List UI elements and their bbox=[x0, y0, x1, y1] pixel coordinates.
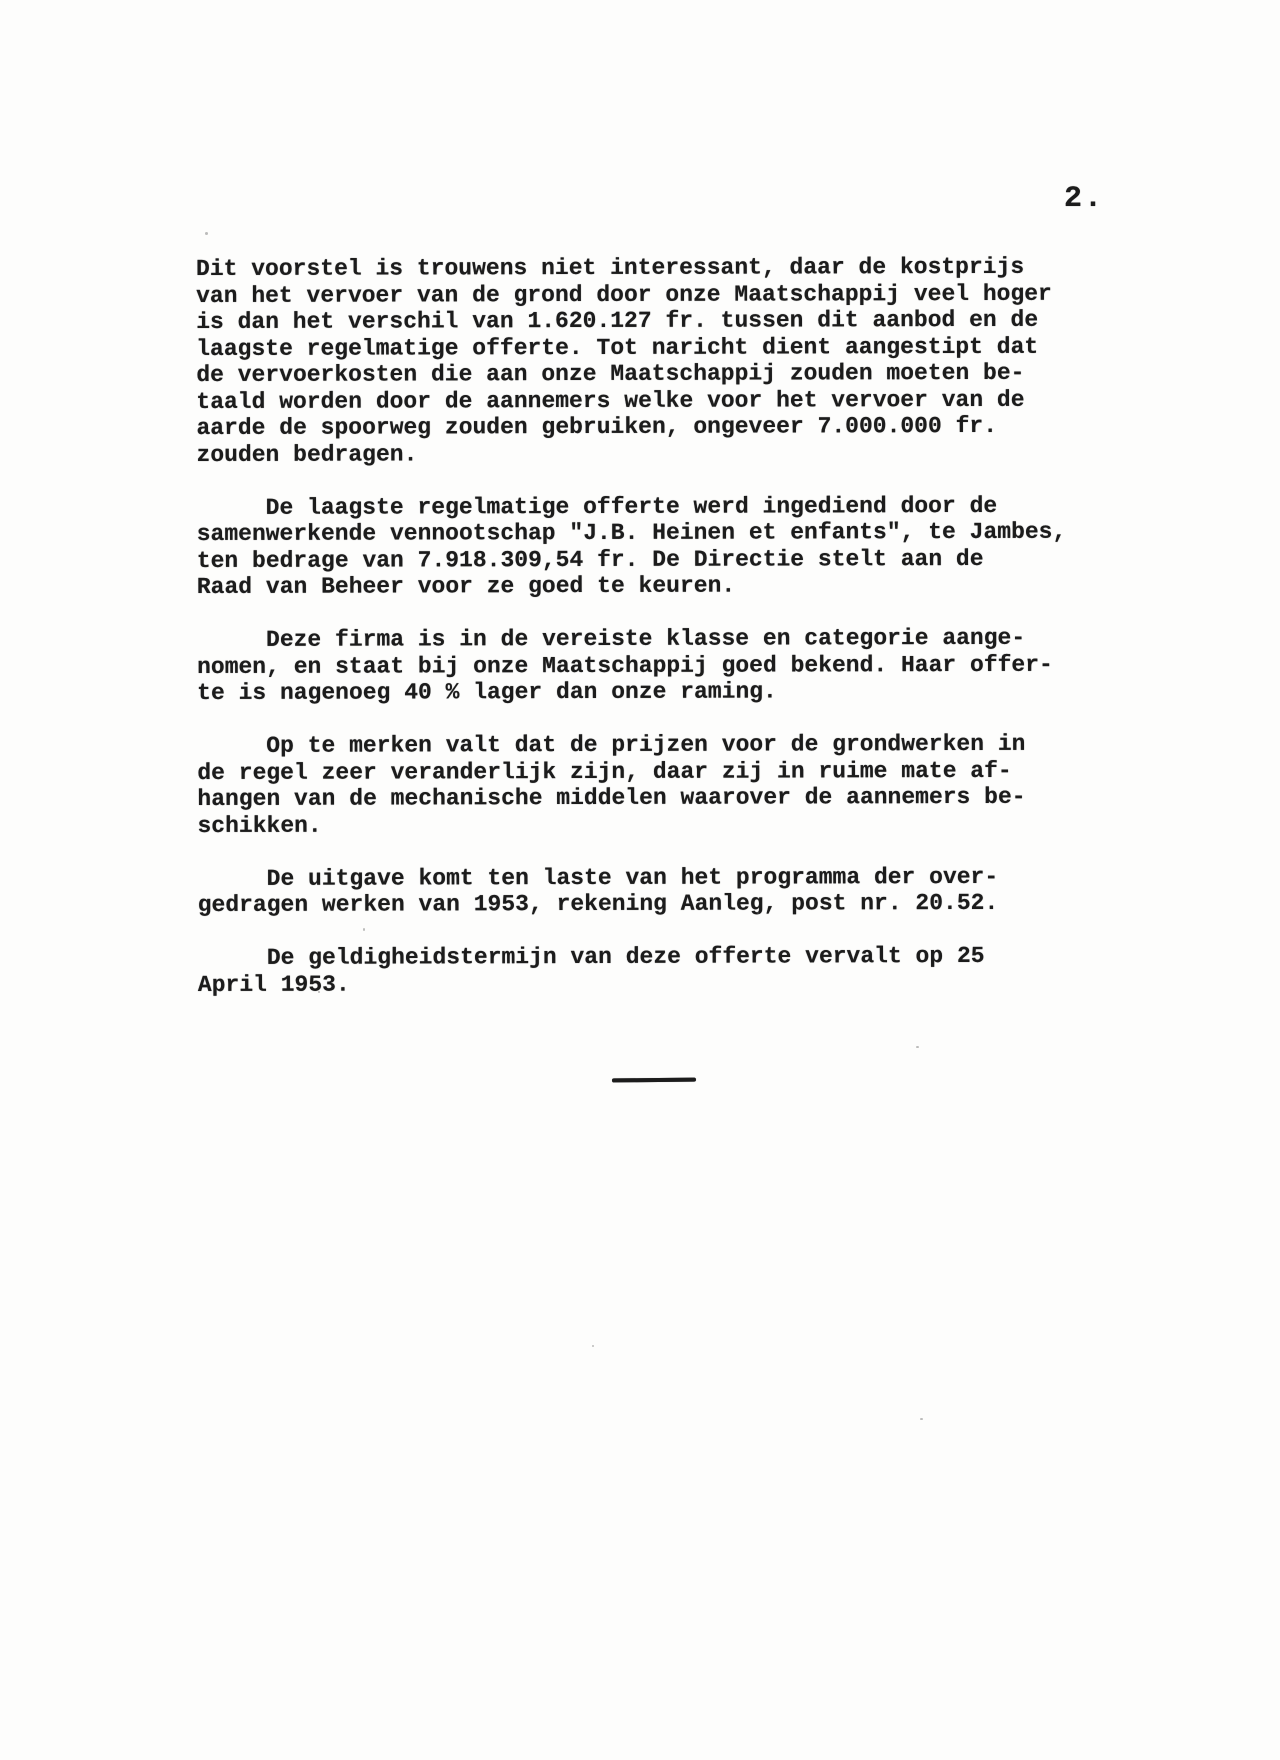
paragraph-2: De laagste regelmatige offerte werd inge… bbox=[197, 492, 1067, 600]
scanned-document-page: 2. Dit voorstel is trouwens niet interes… bbox=[0, 0, 1280, 1760]
text-line: laagste regelmatige offerte. Tot naricht… bbox=[196, 333, 1066, 362]
scan-speck bbox=[916, 1046, 919, 1048]
text-line: gedragen werken van 1953, rekening Aanle… bbox=[198, 890, 1068, 919]
text-line: zouden bedragen. bbox=[196, 439, 1066, 468]
page-number: 2. bbox=[1064, 182, 1104, 216]
scan-speck bbox=[920, 1418, 923, 1420]
text-line: taald worden door de aannemers welke voo… bbox=[196, 386, 1066, 415]
text-line: van het vervoer van de grond door onze M… bbox=[196, 280, 1066, 309]
paragraph-5: De uitgave komt ten laste van het progra… bbox=[198, 863, 1068, 918]
scan-speck bbox=[363, 928, 365, 931]
text-line: Raad van Beheer voor ze goed te keuren. bbox=[197, 572, 1067, 601]
paragraph-4: Op te merken valt dat de prijzen voor de… bbox=[197, 731, 1067, 839]
scan-speck bbox=[757, 912, 759, 914]
paragraph-3: Deze firma is in de vereiste klasse en c… bbox=[197, 625, 1067, 707]
text-line: ten bedrage van 7.918.309,54 fr. De Dire… bbox=[197, 545, 1067, 574]
document-body: Dit voorstel is trouwens niet interessan… bbox=[196, 254, 1067, 998]
scan-speck bbox=[205, 232, 208, 235]
scan-speck bbox=[318, 991, 320, 993]
text-line: de vervoerkosten die aan onze Maatschapp… bbox=[196, 360, 1066, 389]
text-line: Deze firma is in de vereiste klasse en c… bbox=[197, 625, 1067, 654]
text-line: is dan het verschil van 1.620.127 fr. tu… bbox=[196, 307, 1066, 336]
text-line: de regel zeer veranderlijk zijn, daar zi… bbox=[197, 757, 1067, 786]
text-line: aarde de spoorweg zouden gebruiken, onge… bbox=[196, 413, 1066, 442]
text-line: hangen van de mechanische middelen waaro… bbox=[197, 784, 1067, 813]
text-line: nomen, en staat bij onze Maatschappij go… bbox=[197, 651, 1067, 680]
section-divider bbox=[612, 1078, 696, 1083]
text-line: samenwerkende vennootschap "J.B. Heinen … bbox=[197, 519, 1067, 548]
text-line: te is nagenoeg 40 % lager dan onze ramin… bbox=[197, 678, 1067, 707]
text-line: schikken. bbox=[197, 810, 1067, 839]
text-line: De uitgave komt ten laste van het progra… bbox=[198, 863, 1068, 892]
text-line: April 1953. bbox=[198, 969, 1068, 998]
text-line: De geldigheidstermijn van deze offerte v… bbox=[198, 943, 1068, 972]
text-line: De laagste regelmatige offerte werd inge… bbox=[197, 492, 1067, 521]
text-line: Op te merken valt dat de prijzen voor de… bbox=[197, 731, 1067, 760]
scan-speck bbox=[592, 1345, 594, 1347]
text-line: Dit voorstel is trouwens niet interessan… bbox=[196, 254, 1066, 283]
paragraph-6: De geldigheidstermijn van deze offerte v… bbox=[198, 943, 1068, 998]
paragraph-1: Dit voorstel is trouwens niet interessan… bbox=[196, 254, 1066, 468]
